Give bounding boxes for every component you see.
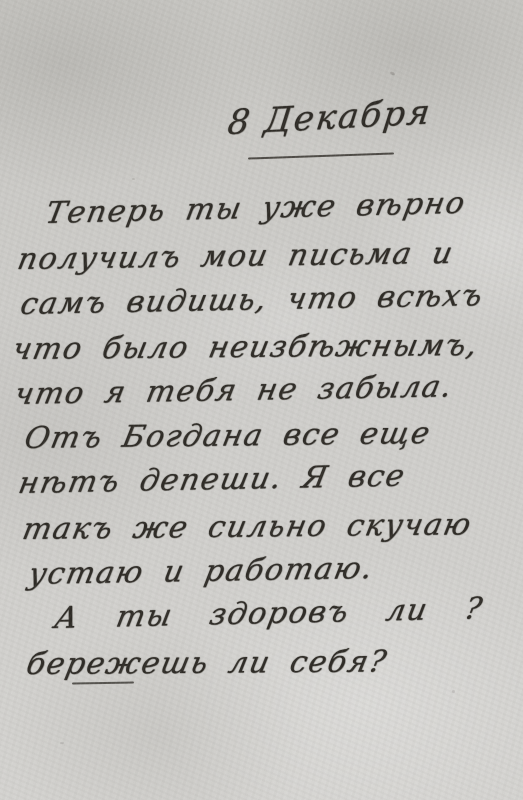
date-heading: 8 Декабря xyxy=(226,92,434,143)
letter-photograph: 8 Декабря Теперь ты уже вѣрно получилъ м… xyxy=(0,0,523,800)
handwritten-line: что было неизбѣжнымъ, xyxy=(9,328,481,367)
handwritten-line: бережешь ли себя? xyxy=(23,644,390,682)
handwritten-line: Отъ Богдана все еще xyxy=(21,416,434,456)
handwritten-line: самъ видишь, что всѣхъ xyxy=(18,278,487,322)
handwritten-line: устаю и работаю. xyxy=(26,551,377,592)
paper-speck xyxy=(390,71,396,76)
paper-speck xyxy=(452,690,455,693)
handwritten-line: нѣтъ депеши. Я все xyxy=(16,459,409,501)
handwritten-line: Теперь ты уже вѣрно xyxy=(43,186,469,231)
handwritten-line: что я тебя не забыла. xyxy=(12,369,456,412)
paper-speck xyxy=(60,742,64,744)
handwritten-line: получилъ мои письма и xyxy=(15,236,457,277)
date-underline xyxy=(248,152,394,159)
handwritten-line: А ты здоровъ ли ? xyxy=(52,591,487,636)
paper-speck xyxy=(132,178,135,180)
word-underline xyxy=(72,681,134,684)
handwritten-line: такъ же сильно скучаю xyxy=(19,507,475,547)
